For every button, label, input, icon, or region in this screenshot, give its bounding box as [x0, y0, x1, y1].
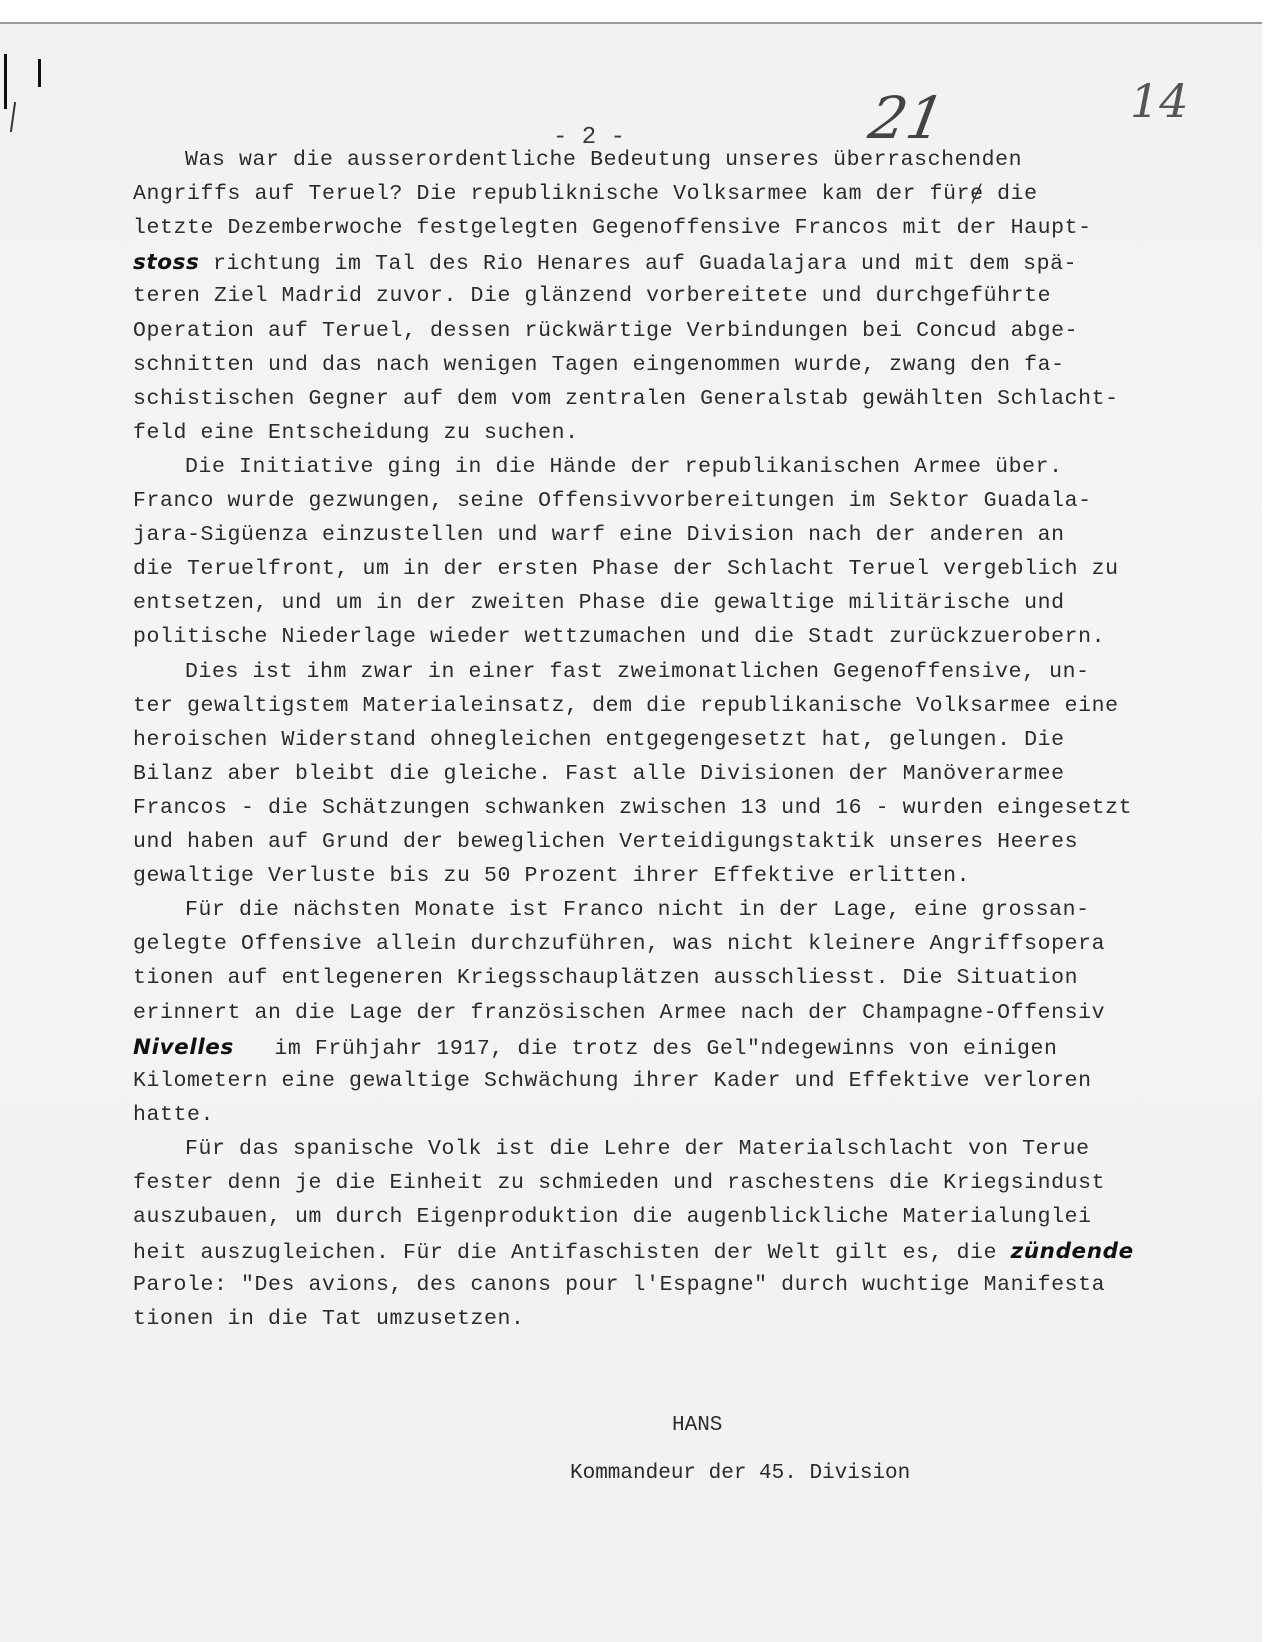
line-text: heroischen Widerstand ohnegleichen entge… [133, 728, 1065, 752]
text-line: Dies ist ihm zwar in einer fast zweimona… [185, 660, 1090, 684]
line-text: Parole: "Des avions, des canons pour l'E… [133, 1273, 1105, 1297]
text-line: die Teruelfront, um in der ersten Phase … [133, 557, 1119, 581]
line-text: Francos - die Schätzungen schwanken zwis… [133, 796, 1132, 820]
text-line: politische Niederlage wieder wettzumache… [133, 625, 1105, 649]
text-line: Angriffs auf Teruel? Die republiknische … [133, 182, 1038, 206]
text-line: ter gewaltigstem Materialeinsatz, dem di… [133, 694, 1119, 718]
text-line: letzte Dezemberwoche festgelegten Gegeno… [133, 216, 1092, 240]
text-line: Was war die ausserordentliche Bedeutung … [185, 148, 1022, 172]
text-line: schistischen Gegner auf dem vom zentrale… [133, 387, 1119, 411]
text-line: fester denn je die Einheit zu schmieden … [133, 1171, 1105, 1195]
line-text: und haben auf Grund der beweglichen Vert… [133, 830, 1078, 854]
line-text: im Frühjahr 1917, die trotz des Gel"ndeg… [234, 1037, 1058, 1061]
line-text: politische Niederlage wieder wettzumache… [133, 625, 1105, 649]
line-text: tionen in die Tat umzusetzen. [133, 1307, 525, 1331]
text-line: Parole: "Des avions, des canons pour l'E… [133, 1273, 1105, 1297]
line-text: schistischen Gegner auf dem vom zentrale… [133, 387, 1119, 411]
line-text: die Teruelfront, um in der ersten Phase … [133, 557, 1119, 581]
line-text: tionen auf entlegeneren Kriegsschauplätz… [133, 966, 1078, 990]
line-text: jara-Sigüenza einzustellen und warf eine… [133, 523, 1065, 547]
line-text: Für die nächsten Monate ist Franco nicht… [185, 898, 1090, 922]
text-line: Kilometern eine gewaltige Schwächung ihr… [133, 1069, 1092, 1093]
text-line: erinnert an die Lage der französischen A… [133, 1001, 1105, 1025]
text-line: stoss richtung im Tal des Rio Henares au… [133, 250, 1077, 276]
line-text: letzte Dezemberwoche festgelegten Gegeno… [133, 216, 1092, 240]
line-text: Angriffs auf Teruel? Die republiknische … [133, 182, 1038, 206]
text-line: Bilanz aber bleibt die gleiche. Fast all… [133, 762, 1065, 786]
text-line: Für die nächsten Monate ist Franco nicht… [185, 898, 1090, 922]
text-line: schnitten und das nach wenigen Tagen ein… [133, 353, 1065, 377]
line-text: Was war die ausserordentliche Bedeutung … [185, 148, 1022, 172]
line-text: heit auszugleichen. Für die Antifaschist… [133, 1241, 1011, 1265]
line-text: ter gewaltigstem Materialeinsatz, dem di… [133, 694, 1119, 718]
text-line: Operation auf Teruel, dessen rückwärtige… [133, 319, 1078, 343]
document-page: 21 14 - 2 - Was war die ausserordentlich… [0, 22, 1262, 1642]
text-line: Die Initiative ging in die Hände der rep… [185, 455, 1063, 479]
line-text: gewaltige Verluste bis zu 50 Prozent ihr… [133, 864, 970, 888]
line-text: Franco wurde gezwungen, seine Offensivvo… [133, 489, 1092, 513]
handwritten-insertion: zündende [1011, 1239, 1134, 1264]
line-text: Kilometern eine gewaltige Schwächung ihr… [133, 1069, 1092, 1093]
handwritten-folio-number-secondary: 14 [1130, 74, 1189, 128]
line-text: Dies ist ihm zwar in einer fast zweimona… [185, 660, 1090, 684]
text-line: gelegte Offensive allein durchzuführen, … [133, 932, 1105, 956]
text-line: gewaltige Verluste bis zu 50 Prozent ihr… [133, 864, 970, 888]
line-text: gelegte Offensive allein durchzuführen, … [133, 932, 1105, 956]
text-line: feld eine Entscheidung zu suchen. [133, 421, 579, 445]
text-line: jara-Sigüenza einzustellen und warf eine… [133, 523, 1065, 547]
text-line: auszubauen, um durch Eigenproduktion die… [133, 1205, 1092, 1229]
line-text: auszubauen, um durch Eigenproduktion die… [133, 1205, 1092, 1229]
text-line: tionen auf entlegeneren Kriegsschauplätz… [133, 966, 1078, 990]
handwritten-insertion: Nivelles [133, 1035, 234, 1060]
signature-title: Kommandeur der 45. Division [570, 1462, 910, 1485]
line-text: teren Ziel Madrid zuvor. Die glänzend vo… [133, 284, 1051, 308]
line-text: fester denn je die Einheit zu schmieden … [133, 1171, 1105, 1195]
signature-name: HANS [672, 1414, 722, 1437]
line-text: Operation auf Teruel, dessen rückwärtige… [133, 319, 1078, 343]
line-text: feld eine Entscheidung zu suchen. [133, 421, 579, 445]
text-line: heroischen Widerstand ohnegleichen entge… [133, 728, 1065, 752]
line-text: entsetzen, und um in der zweiten Phase d… [133, 591, 1065, 615]
text-line: Francos - die Schätzungen schwanken zwis… [133, 796, 1132, 820]
text-line: hatte. [133, 1103, 214, 1127]
text-line: Für das spanische Volk ist die Lehre der… [185, 1137, 1090, 1161]
line-text: hatte. [133, 1103, 214, 1127]
page-number: - 2 - [553, 124, 625, 151]
text-line: entsetzen, und um in der zweiten Phase d… [133, 591, 1065, 615]
line-text: schnitten und das nach wenigen Tagen ein… [133, 353, 1065, 377]
text-line: teren Ziel Madrid zuvor. Die glänzend vo… [133, 284, 1051, 308]
text-line: Nivelles im Frühjahr 1917, die trotz des… [133, 1035, 1058, 1061]
text-line: tionen in die Tat umzusetzen. [133, 1307, 525, 1331]
margin-pen-mark [10, 102, 16, 132]
margin-pen-mark [4, 54, 7, 109]
line-text: richtung im Tal des Rio Henares auf Guad… [199, 252, 1077, 276]
handwritten-folio-number: 21 [864, 84, 950, 152]
line-text: Für das spanische Volk ist die Lehre der… [185, 1137, 1090, 1161]
text-line: heit auszugleichen. Für die Antifaschist… [133, 1239, 1134, 1265]
line-text: erinnert an die Lage der französischen A… [133, 1001, 1105, 1025]
text-line: und haben auf Grund der beweglichen Vert… [133, 830, 1078, 854]
margin-pen-mark [38, 59, 41, 87]
handwritten-insertion: stoss [133, 250, 199, 275]
line-text: Bilanz aber bleibt die gleiche. Fast all… [133, 762, 1065, 786]
text-line: Franco wurde gezwungen, seine Offensivvo… [133, 489, 1092, 513]
line-text: Die Initiative ging in die Hände der rep… [185, 455, 1063, 479]
